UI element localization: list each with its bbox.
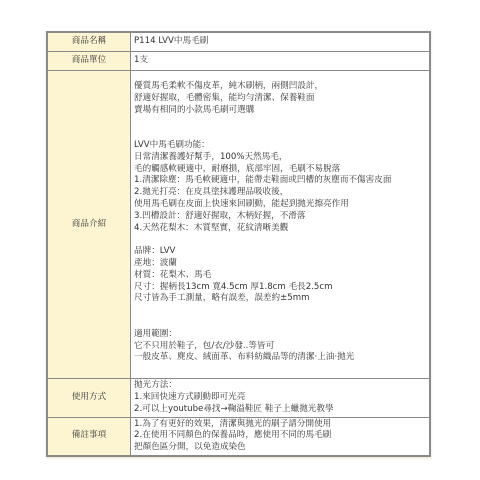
row-usage: 使用方式 拋光方法： 1.來回快速方式刷動即可光亮 2.可以上youtube尋找… — [47, 379, 430, 417]
spec-brand: 品牌：LVV — [134, 246, 426, 258]
note-line: 1.為了有更好的效果，清潔與拋光的刷子請分開使用 — [134, 419, 426, 431]
scope-line: 它不只用於鞋子，包/衣/沙發..等皆可 — [134, 341, 426, 353]
spacer — [134, 234, 426, 246]
row-product-unit: 商品單位 1支 — [47, 52, 430, 71]
note-line: 把顏色區分開，以免造成染色 — [134, 442, 426, 454]
feature-item: 1.清潔除塵：馬毛軟硬適中，能帶走鞋面或凹槽的灰塵而不傷害皮面 — [134, 175, 426, 187]
product-spec-table: 商品名稱 P114 LVV中馬毛刷 商品單位 1支 商品介紹 優質馬毛柔軟不傷皮… — [46, 31, 431, 457]
features-heading: LVV中馬毛刷功能： — [134, 140, 426, 152]
value-notes: 1.為了有更好的效果，清潔與拋光的刷子請分開使用 2.在使用不同顏色的保養品時，… — [131, 417, 431, 456]
spec-origin: 產地：波蘭 — [134, 258, 426, 270]
scope-heading: 適用範圍： — [134, 329, 426, 341]
usage-line: 拋光方法： — [134, 380, 426, 392]
label-product-unit: 商品單位 — [47, 52, 131, 71]
note-line: 2.在使用不同顏色的保養品時，應使用不同的馬毛刷 — [134, 430, 426, 442]
desc-line: 舒適好握取，毛體密集，能均勻清潔、保養鞋面 — [134, 93, 426, 105]
label-notes: 備註事項 — [47, 417, 131, 456]
feature-item: 使用馬毛刷在皮面上快速來回刷動，能起到拋光擦亮作用 — [134, 199, 426, 211]
usage-line: 1.來回快速方式刷動即可光亮 — [134, 392, 426, 404]
feature-item: 2.拋光打亮：在皮具塗抹護理品吸收後， — [134, 187, 426, 199]
spacer — [134, 305, 426, 317]
row-product-description: 商品介紹 優質馬毛柔軟不傷皮革，純木刷柄，兩側凹設計， 舒適好握取，毛體密集，能… — [47, 71, 430, 379]
value-product-description: 優質馬毛柔軟不傷皮革，純木刷柄，兩側凹設計， 舒適好握取，毛體密集，能均勻清潔、… — [131, 71, 431, 379]
value-product-unit: 1支 — [131, 52, 431, 71]
scope-line: 一般皮革、麂皮、絨面革、布料紡織品等的清潔·上油·拋光 — [134, 352, 426, 364]
desc-line: 毛的觸感軟硬適中，耐磨損，底部牢固，毛刷不易脫落 — [134, 164, 426, 176]
label-product-description: 商品介紹 — [47, 71, 131, 379]
value-product-name: P114 LVV中馬毛刷 — [131, 32, 431, 52]
feature-item: 4.天然花梨木：木質堅實，花紋清晰美觀 — [134, 223, 426, 235]
usage-line: 2.可以上youtube尋找→鞠溢鞋匠 鞋子上蠟拋光教學 — [134, 404, 426, 416]
row-notes: 備註事項 1.為了有更好的效果，清潔與拋光的刷子請分開使用 2.在使用不同顏色的… — [47, 417, 430, 456]
row-product-name: 商品名稱 P114 LVV中馬毛刷 — [47, 32, 430, 52]
label-usage: 使用方式 — [47, 379, 131, 417]
desc-line: 日常清潔養護好幫手，100%天然馬毛， — [134, 152, 426, 164]
spacer — [134, 116, 426, 128]
desc-line: 優質馬毛柔軟不傷皮革，純木刷柄，兩側凹設計， — [134, 81, 426, 93]
spec-size-note: 尺寸皆為手工測量，略有誤差，誤差約±5mm — [134, 293, 426, 305]
spacer — [134, 128, 426, 140]
desc-line: 賣場有相同的小款馬毛刷可選購 — [134, 105, 426, 117]
value-usage: 拋光方法： 1.來回快速方式刷動即可光亮 2.可以上youtube尋找→鞠溢鞋匠… — [131, 379, 431, 417]
label-product-name: 商品名稱 — [47, 32, 131, 52]
spec-material: 材質：花梨木、馬毛 — [134, 270, 426, 282]
spacer — [134, 317, 426, 329]
feature-item: 3.凹槽設計：舒適好握取，木柄好握，不滑落 — [134, 211, 426, 223]
spec-size: 尺寸：握柄長13cm 寬4.5cm 厚1.8cm 毛長2.5cm — [134, 282, 426, 294]
